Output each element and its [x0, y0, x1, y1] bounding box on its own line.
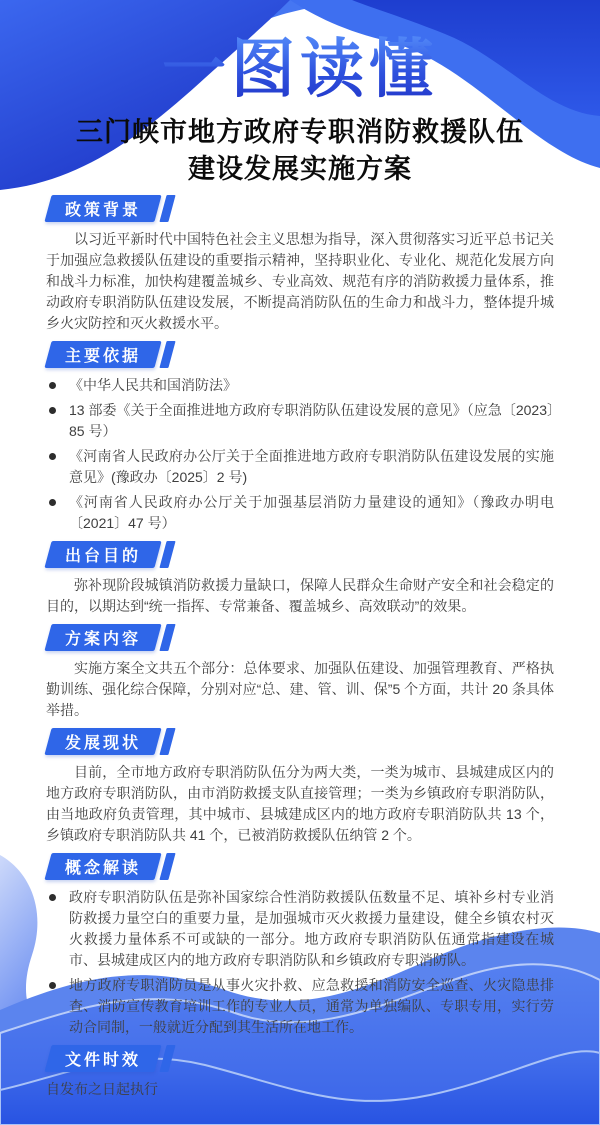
subtitle-line-1: 三门峡市地方政府专职消防救援队伍: [0, 114, 600, 150]
badge-shape: 方案内容: [44, 624, 161, 651]
section-title: 文件时效: [65, 1047, 141, 1070]
section-paragraph: 目前，全市地方政府专职消防队伍分为两大类，一类为城市、县城建成区内的地方政府专职…: [46, 762, 554, 846]
badge-shape: 发展现状: [44, 728, 161, 755]
badge-tail-decoration: [159, 853, 175, 880]
bullet-list: 《中华人民共和国消防法》 13 部委《关于全面推进地方政府专职消防队伍建设发展的…: [46, 375, 554, 534]
section-development-status: 发展现状 目前，全市地方政府专职消防队伍分为两大类，一类为城市、县城建成区内的地…: [46, 728, 554, 846]
content: 政策背景 以习近平新时代中国特色社会主义思想为指导，深入贯彻落实习近平总书记关于…: [0, 188, 600, 1100]
list-item: 地方政府专职消防员是从事火灾扑救、应急救援和消防安全巡查、火灾隐患排查、消防宣传…: [46, 975, 554, 1038]
section-title: 概念解读: [65, 855, 141, 878]
badge-tail-decoration: [159, 195, 175, 222]
subtitle-line-2: 建设发展实施方案: [0, 151, 600, 187]
bullet-dot-icon: [49, 894, 56, 901]
section-badge: 政策背景: [48, 195, 554, 222]
section-policy-background: 政策背景 以习近平新时代中国特色社会主义思想为指导，深入贯彻落实习近平总书记关于…: [46, 195, 554, 334]
list-item: 《中华人民共和国消防法》: [46, 375, 554, 396]
section-title: 方案内容: [65, 626, 141, 649]
section-badge: 主要依据: [48, 341, 554, 368]
list-item: 《河南省人民政府办公厅关于全面推进地方政府专职消防队伍建设发展的实施意见》(豫政…: [46, 446, 554, 488]
badge-shape: 政策背景: [44, 195, 161, 222]
badge-shape: 出台目的: [44, 541, 161, 568]
section-paragraph: 以习近平新时代中国特色社会主义思想为指导，深入贯彻落实习近平总书记关于加强应急救…: [46, 229, 554, 334]
bullet-dot-icon: [49, 499, 56, 506]
section-document-validity: 文件时效 自发布之日起执行: [46, 1045, 554, 1100]
badge-tail-decoration: [159, 541, 175, 568]
section-badge: 文件时效: [48, 1045, 554, 1072]
section-paragraph: 自发布之日起执行: [46, 1079, 554, 1100]
badge-tail-decoration: [159, 1045, 175, 1072]
list-item: 《河南省人民政府办公厅关于加强基层消防力量建设的通知》（豫政办明电〔2021〕4…: [46, 492, 554, 534]
header: 一图读懂 三门峡市地方政府专职消防救援队伍 建设发展实施方案: [0, 0, 600, 187]
list-item: 政府专职消防队伍是弥补国家综合性消防救援队伍数量不足、填补乡村专业消防救援力量空…: [46, 887, 554, 971]
section-title: 发展现状: [65, 730, 141, 753]
badge-shape: 概念解读: [44, 853, 161, 880]
poster-subtitle: 三门峡市地方政府专职消防救援队伍 建设发展实施方案: [0, 114, 600, 187]
section-plan-content: 方案内容 实施方案全文共五个部分：总体要求、加强队伍建设、加强管理教育、严格执勤…: [46, 624, 554, 721]
section-title: 出台目的: [65, 543, 141, 566]
bullet-dot-icon: [49, 453, 56, 460]
section-title: 主要依据: [65, 343, 141, 366]
section-badge: 发展现状: [48, 728, 554, 755]
section-title: 政策背景: [65, 197, 141, 220]
page-title: 一图读懂: [0, 34, 600, 104]
section-main-basis: 主要依据 《中华人民共和国消防法》 13 部委《关于全面推进地方政府专职消防队伍…: [46, 341, 554, 534]
bullet-dot-icon: [49, 982, 56, 989]
section-paragraph: 弥补现阶段城镇消防救援力量缺口，保障人民群众生命财产安全和社会稳定的目的，以期达…: [46, 575, 554, 617]
badge-shape: 文件时效: [44, 1045, 161, 1072]
section-badge: 出台目的: [48, 541, 554, 568]
list-item: 13 部委《关于全面推进地方政府专职消防队伍建设发展的意见》（应急〔2023〕8…: [46, 400, 554, 442]
section-purpose: 出台目的 弥补现阶段城镇消防救援力量缺口，保障人民群众生命财产安全和社会稳定的目…: [46, 541, 554, 617]
badge-tail-decoration: [159, 728, 175, 755]
badge-tail-decoration: [159, 624, 175, 651]
section-paragraph: 实施方案全文共五个部分：总体要求、加强队伍建设、加强管理教育、严格执勤训练、强化…: [46, 658, 554, 721]
section-badge: 概念解读: [48, 853, 554, 880]
section-concept-interpretation: 概念解读 政府专职消防队伍是弥补国家综合性消防救援队伍数量不足、填补乡村专业消防…: [46, 853, 554, 1038]
section-badge: 方案内容: [48, 624, 554, 651]
infographic-poster: 一图读懂 三门峡市地方政府专职消防救援队伍 建设发展实施方案 政策背景 以习近平…: [0, 0, 600, 1125]
bullet-list: 政府专职消防队伍是弥补国家综合性消防救援队伍数量不足、填补乡村专业消防救援力量空…: [46, 887, 554, 1038]
badge-tail-decoration: [159, 341, 175, 368]
badge-shape: 主要依据: [44, 341, 161, 368]
bullet-dot-icon: [49, 382, 56, 389]
bullet-dot-icon: [49, 407, 56, 414]
